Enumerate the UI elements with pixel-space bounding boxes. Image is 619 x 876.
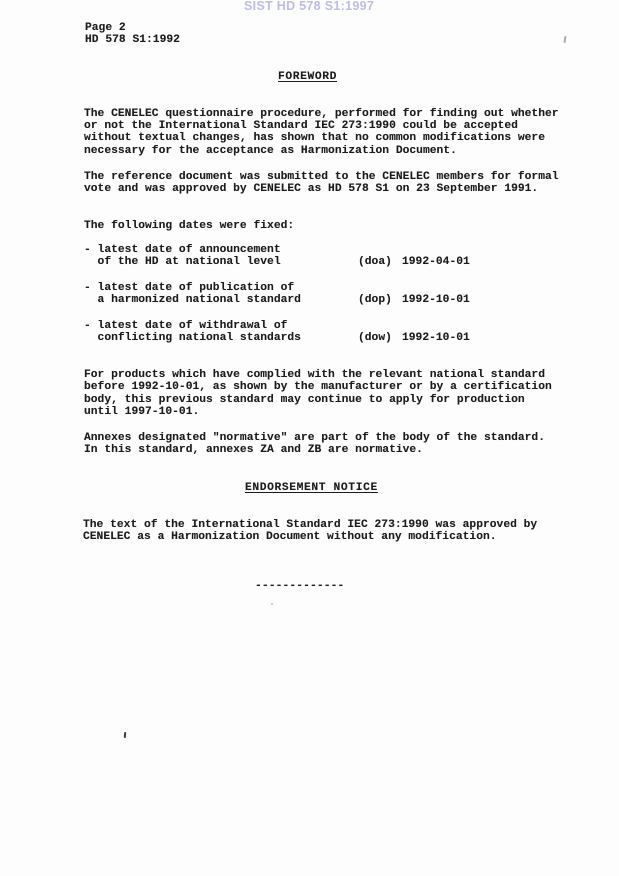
paragraph-reference-document: The reference document was submitted to … [84, 171, 559, 196]
scan-artifact-comma [124, 732, 126, 738]
separator-dashes: ------------- [255, 580, 344, 592]
endorsement-heading: ENDORSEMENT NOTICE [245, 482, 378, 494]
paragraph-cenelec-questionnaire: The CENELEC questionnaire procedure, per… [84, 108, 559, 158]
sist-watermark: SIST HD 578 S1:1997 [244, 0, 374, 13]
dates-intro: The following dates were fixed: [84, 220, 294, 232]
date-value: 1992-10-01 [402, 332, 470, 344]
date-label: - latest date of withdrawal of conflicti… [84, 320, 301, 345]
document-reference: HD 578 S1:1992 [85, 34, 180, 46]
page-number: Page 2 [85, 22, 126, 34]
date-row-announcement: - latest date of announcement of the HD … [84, 244, 554, 270]
paragraph-products-compliance: For products which have complied with th… [84, 369, 552, 419]
date-label: - latest date of publication of a harmon… [84, 282, 301, 307]
date-label: - latest date of announcement of the HD … [84, 244, 281, 269]
date-code: (dow) [358, 332, 392, 344]
date-code: (dop) [358, 294, 392, 306]
foreword-heading: FOREWORD [278, 71, 337, 83]
scan-artifact-tick [564, 36, 567, 43]
scan-artifact-dot [271, 603, 273, 605]
date-value: 1992-10-01 [402, 294, 470, 306]
date-value: 1992-04-01 [402, 256, 470, 268]
scanned-document-page: SIST HD 578 S1:1997 Page 2 HD 578 S1:199… [0, 0, 619, 876]
date-row-withdrawal: - latest date of withdrawal of conflicti… [84, 320, 554, 346]
paragraph-annexes: Annexes designated "normative" are part … [84, 432, 545, 457]
date-row-publication: - latest date of publication of a harmon… [84, 282, 554, 308]
paragraph-endorsement-text: The text of the International Standard I… [83, 519, 537, 544]
date-code: (doa) [358, 256, 392, 268]
